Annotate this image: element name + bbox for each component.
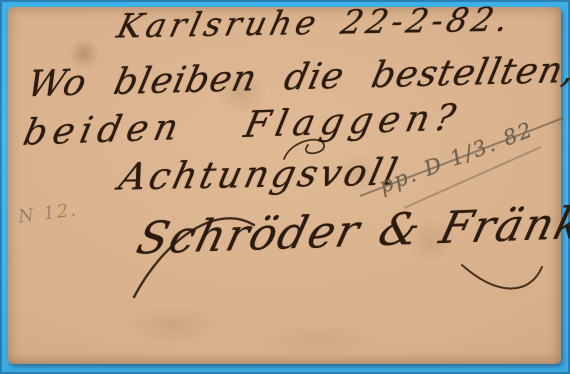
stain xyxy=(126,305,222,345)
closing-line: Achtungsvoll xyxy=(115,150,404,198)
postcard: Karlsruhe 22-2-82. Wo bleiben die bestel… xyxy=(8,7,561,364)
message-line-2: beiden Flaggen? xyxy=(20,97,465,154)
pencil-corner-annotation: N 12. xyxy=(17,199,79,227)
dateline-handwriting: Karlsruhe 22-2-82. xyxy=(114,0,517,46)
message-line-1: Wo bleiben die bestellten, xyxy=(24,50,570,106)
signature-handwriting: Schröder & Fränkel xyxy=(132,196,570,265)
scan-background: Karlsruhe 22-2-82. Wo bleiben die bestel… xyxy=(0,0,570,374)
stain xyxy=(254,323,384,357)
